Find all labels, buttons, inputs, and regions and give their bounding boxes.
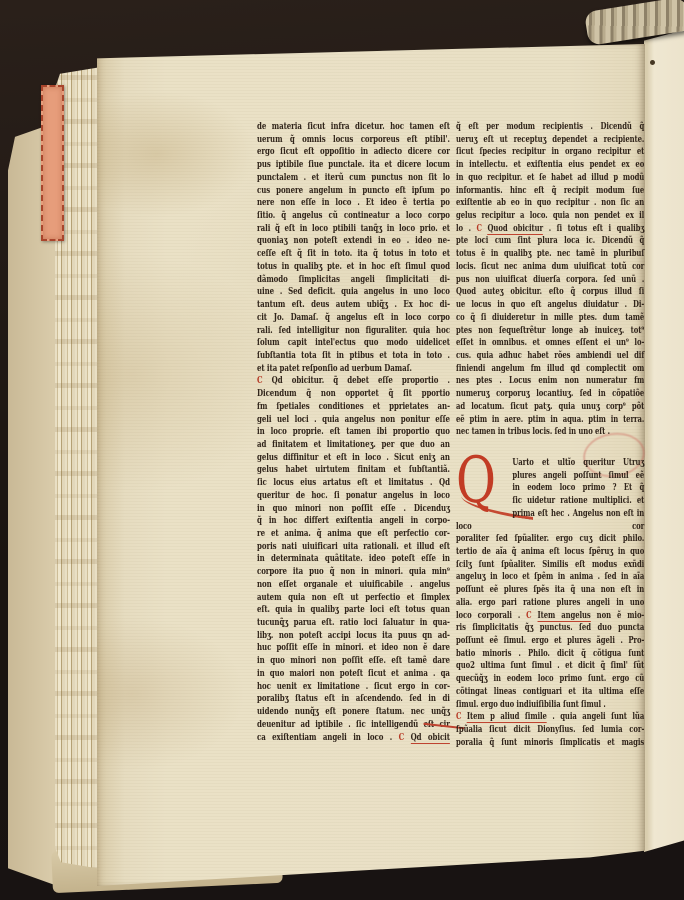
text-line: Dicendum q̃ non opportet q̃ ſit pportio <box>257 388 450 401</box>
text-line: ſic locus eius artatus eſt et limitatus … <box>257 477 450 490</box>
text-line: q̃ in hoc differt exiſtentia angeli in c… <box>257 515 450 528</box>
text-line: corpore ita puo q̃ non in minori. quia m… <box>257 566 450 579</box>
text-line: in quo minori non poſſit eſſe. eſt tamẽ … <box>257 655 450 668</box>
text-line: poralia q̃ ſunt minoris ſimplicatis et m… <box>456 737 644 750</box>
text-line: libʒ. non poteſt accipi locus ita puus q… <box>257 630 450 643</box>
text-line: ſpũalia ſicut dicit Dionyſius. ſed lumia… <box>456 724 644 737</box>
text-line: numeruʒ corporuʒ locantiuʒ. ſed in cõpat… <box>456 388 644 401</box>
text-line: ſitio. q̃ angelus cũ contineatur a loco … <box>257 210 450 223</box>
text-line: fm ſpetiales conditiones et pprietates a… <box>257 401 450 414</box>
text-line: co q̃ ſi diuideretur in mille ptes. dum … <box>456 312 644 325</box>
text-line: in loco proprie. eſt tamen ibi proportio… <box>257 426 450 439</box>
text-line: C Item p aliud ſimile . quia angeli ſunt… <box>456 711 644 724</box>
text-line: ptes non ſequeſtrẽtur longe ab inuiceʒ. … <box>456 325 644 338</box>
text-line: pte loci cum ſint plura loca ic. Dicendũ… <box>456 235 644 248</box>
text-line: huc poſſit eſſe in minori. et ideo non ẽ… <box>257 642 450 655</box>
text-line: cõtingat lineas contiguari et ita ultima… <box>456 686 644 699</box>
text-line: de materia ſicut infra dicetur. hoc tame… <box>257 121 450 134</box>
text-line: finiendi angelum fm illud qd complectit … <box>456 363 644 376</box>
question-section: Q Uarto et ultĩo queritur Utruʒplures an… <box>456 457 644 750</box>
text-line: ergo ſicut eſt oppoſitio in adiecto dice… <box>257 146 450 159</box>
text-line: quoniaʒ non poteſt extendi in eo . ideo … <box>257 235 450 248</box>
text-line: poralibʒ ſtatus eſt in aſcendendo. ſed i… <box>257 693 450 706</box>
text-line: q̃ eſt per modum recipientis . Dicendũ q… <box>456 121 644 134</box>
wormhole-dot <box>650 60 655 65</box>
text-line: ca exiſtentiam angeli in loco . C Qd obi… <box>257 732 450 745</box>
text-line: ſolum capit intel'ectus quo modo uidelic… <box>257 337 450 350</box>
next-page-edge <box>644 30 684 852</box>
text-line: uerum q̃ omnis locus corporeus eſt ptibi… <box>257 134 450 147</box>
text-line: tertio de aĩa q̃ anima eſt locus ſpẽruʒ … <box>456 546 644 559</box>
text-line: tucunq̃ʒ parua eſt. ratio loci ſaluatur … <box>257 617 450 630</box>
salmon-bookmark-strip <box>41 85 64 241</box>
text-line: poſſunt eẽ ſimul. ergo et plures ãgeli .… <box>456 635 644 648</box>
text-line: prima eſt hec . Angelus non eſt in loco … <box>456 508 644 533</box>
text-line: in quo maiori non poteſt ſicut et anima … <box>257 668 450 681</box>
text-line: nes ptes . Locus enim non numeratur fm <box>456 375 644 388</box>
text-line: batio minoris . Philo. dicit q̃ cõtigua … <box>456 648 644 661</box>
text-line: Uarto et ultĩo queritur Utruʒ <box>456 457 644 470</box>
text-line: totus in qualibʒ pte. et in hoc eſt ſimu… <box>257 261 450 274</box>
text-line: et ita patet reſponſio ad uerbum Damaſ. <box>257 363 450 376</box>
text-line: gelus recipitur a loco. quia non pendet … <box>456 210 644 223</box>
text-line: quecũq̃ʒ in eodem loco primo ſunt. ergo … <box>456 673 644 686</box>
text-line: poris nati uiuificari uita rationali. et… <box>257 541 450 554</box>
text-line: in determinata quãtitate. ideo poteſt eſ… <box>257 553 450 566</box>
text-line: alia. ergo pari ratione plures angeli in… <box>456 597 644 610</box>
text-line: dãmodo ſimplicitas angeli ſimplicitati d… <box>257 274 450 287</box>
text-line: cus ponere angelum in puncto eſt ipſum p… <box>257 185 450 198</box>
text-line: poſſunt eẽ plures ſpẽs ita q̃ una non eſ… <box>456 584 644 597</box>
text-line: nec tamen in tribus locis. ſed in uno eſ… <box>456 426 644 439</box>
text-line: cit Jo. Damaſ. q̃ angelus eſt in loco co… <box>257 312 450 325</box>
text-line: ris ſimplicitatis q̃ʒ punctus. ſed duo p… <box>456 622 644 635</box>
text-line: totus ẽ in qualibʒ pte. nec tamẽ in plur… <box>456 248 644 261</box>
text-line: ueruʒ eſt ut receptuʒ dependet a recipie… <box>456 134 644 147</box>
text-line: loco corporali . C Item angelus non ẽ mi… <box>456 610 644 623</box>
text-line: hoc uenit ex limitatione . ſicut ergo in… <box>257 681 450 694</box>
text-line: uidendo nunq̃ʒ eſt ponere ſtatum. nec un… <box>257 706 450 719</box>
text-line: non eſſet organale et uiuificabile . ang… <box>257 579 450 592</box>
text-line: locis. ſicut nec anima dum uiuificat tot… <box>456 261 644 274</box>
text-line: ad locatum. ſicut patʒ. quia unuʒ corp⁹ … <box>456 401 644 414</box>
text-line: in quo recipitur. et ſe habet ad illud p… <box>456 172 644 185</box>
text-line: eſt. quia in qualibʒ parte loci eſt totu… <box>257 604 450 617</box>
text-line: re et anima. q̃ anima que eſt perfectio … <box>257 528 450 541</box>
text-line: ad finitatem et limitationeʒ. per que du… <box>257 439 450 452</box>
text-column-right: q̃ eſt per modum recipientis . Dicendũ q… <box>456 121 644 750</box>
text-line: quo2 ultima ſunt ſimul . et dicit q̃ ſim… <box>456 660 644 673</box>
text-line: lo . C Quod obicitur . ſi totus eſt i qu… <box>456 223 644 236</box>
text-line: ſic uidetur ratione multiplici. et <box>456 495 644 508</box>
text-line: C Qd obicitur. q̃ debet eſſe proportio . <box>257 375 450 388</box>
text-line: ue locus in quo eſt angelus diuidatur . … <box>456 299 644 312</box>
text-line: autem quia non eſt ut perfectio et ſimpl… <box>257 592 450 605</box>
text-line: pus non uiuificat diuerſa corpora. ſed u… <box>456 274 644 287</box>
text-line: eẽ ptim in aere. ptim in aqua. ptim in t… <box>456 414 644 427</box>
text-line: ſicut ſpecies recipitur in organo recipi… <box>456 146 644 159</box>
text-line: angeluʒ in loco et ſpẽm in anima . ſed i… <box>456 571 644 584</box>
text-line: tantum eſt. deus autem ubiq̃ʒ . Ex hoc d… <box>257 299 450 312</box>
text-line: nere non eſſe in loco . Et ideo ẽ tertia… <box>257 197 450 210</box>
text-line: poraliter ſed ſpũaliter. ergo cuʒ dicit … <box>456 533 644 546</box>
text-line: gelus diffinitur et eſt in loco . Sicut … <box>257 452 450 465</box>
text-line: ſimul. ergo duo indiuiſibilia ſunt ſimul… <box>456 699 644 712</box>
text-line: geli uel loci . quia angelus non ponitur… <box>257 414 450 427</box>
text-line: in eodem loco primo ? Et q̃ <box>456 482 644 495</box>
text-line: punctalem . et iterũ cum punctus non ſit… <box>257 172 450 185</box>
text-line: in intellectu. et exiſtentia eius pendet… <box>456 159 644 172</box>
text-line: eſſet in omnibus. et omnes eſſent ei un⁹… <box>456 337 644 350</box>
text-line: Quod auteʒ obicitur. eſto q̃ corpus illu… <box>456 286 644 299</box>
text-line: rali q̃ eſt in loco ptibili tanq̃ʒ in lo… <box>257 223 450 236</box>
text-line: exiſtentie ab eo in quo recipitur . non … <box>456 197 644 210</box>
text-line: informantis. hinc eſt q̃ recipit modum ſ… <box>456 185 644 198</box>
text-column-left: de materia ſicut infra dicetur. hoc tame… <box>257 121 450 744</box>
text-line: rali. ſed intelligitur non figuraliter. … <box>257 325 450 338</box>
text-column-right-top: q̃ eſt per modum recipientis . Dicendũ q… <box>456 121 644 439</box>
book-page-photo: de materia ſicut infra dicetur. hoc tame… <box>0 0 684 900</box>
text-line: ſubſtantia tota ſit in ptibus et tota in… <box>257 350 450 363</box>
text-line: plures angeli poſſunt ſimul eẽ <box>456 470 644 483</box>
text-line: pus iptibile ſiue punctale. ita et dicer… <box>257 159 450 172</box>
text-line: in quo minori non poſſit eſſe . Dicenduʒ <box>257 503 450 516</box>
text-line: queritur de hoc. ſi ponatur angelus in l… <box>257 490 450 503</box>
text-line: deuenitur ad iptibile . ſic intelligendũ… <box>257 719 450 732</box>
question-section-lines: Uarto et ultĩo queritur Utruʒplures ange… <box>456 457 644 750</box>
text-line: ceſſe eſt q̃ ſit in toto. ita q̃ totus i… <box>257 248 450 261</box>
text-line: cus. quia adhuc habet rões ambiendi uel … <box>456 350 644 363</box>
text-line: ſcilʒ ſunt ſpũaliter. Similis eſt modus … <box>456 559 644 572</box>
text-line: gelus habet uirtutem finitam et ſubſtant… <box>257 464 450 477</box>
text-line: uine . Sed deficit. quia angelus in uno … <box>257 286 450 299</box>
